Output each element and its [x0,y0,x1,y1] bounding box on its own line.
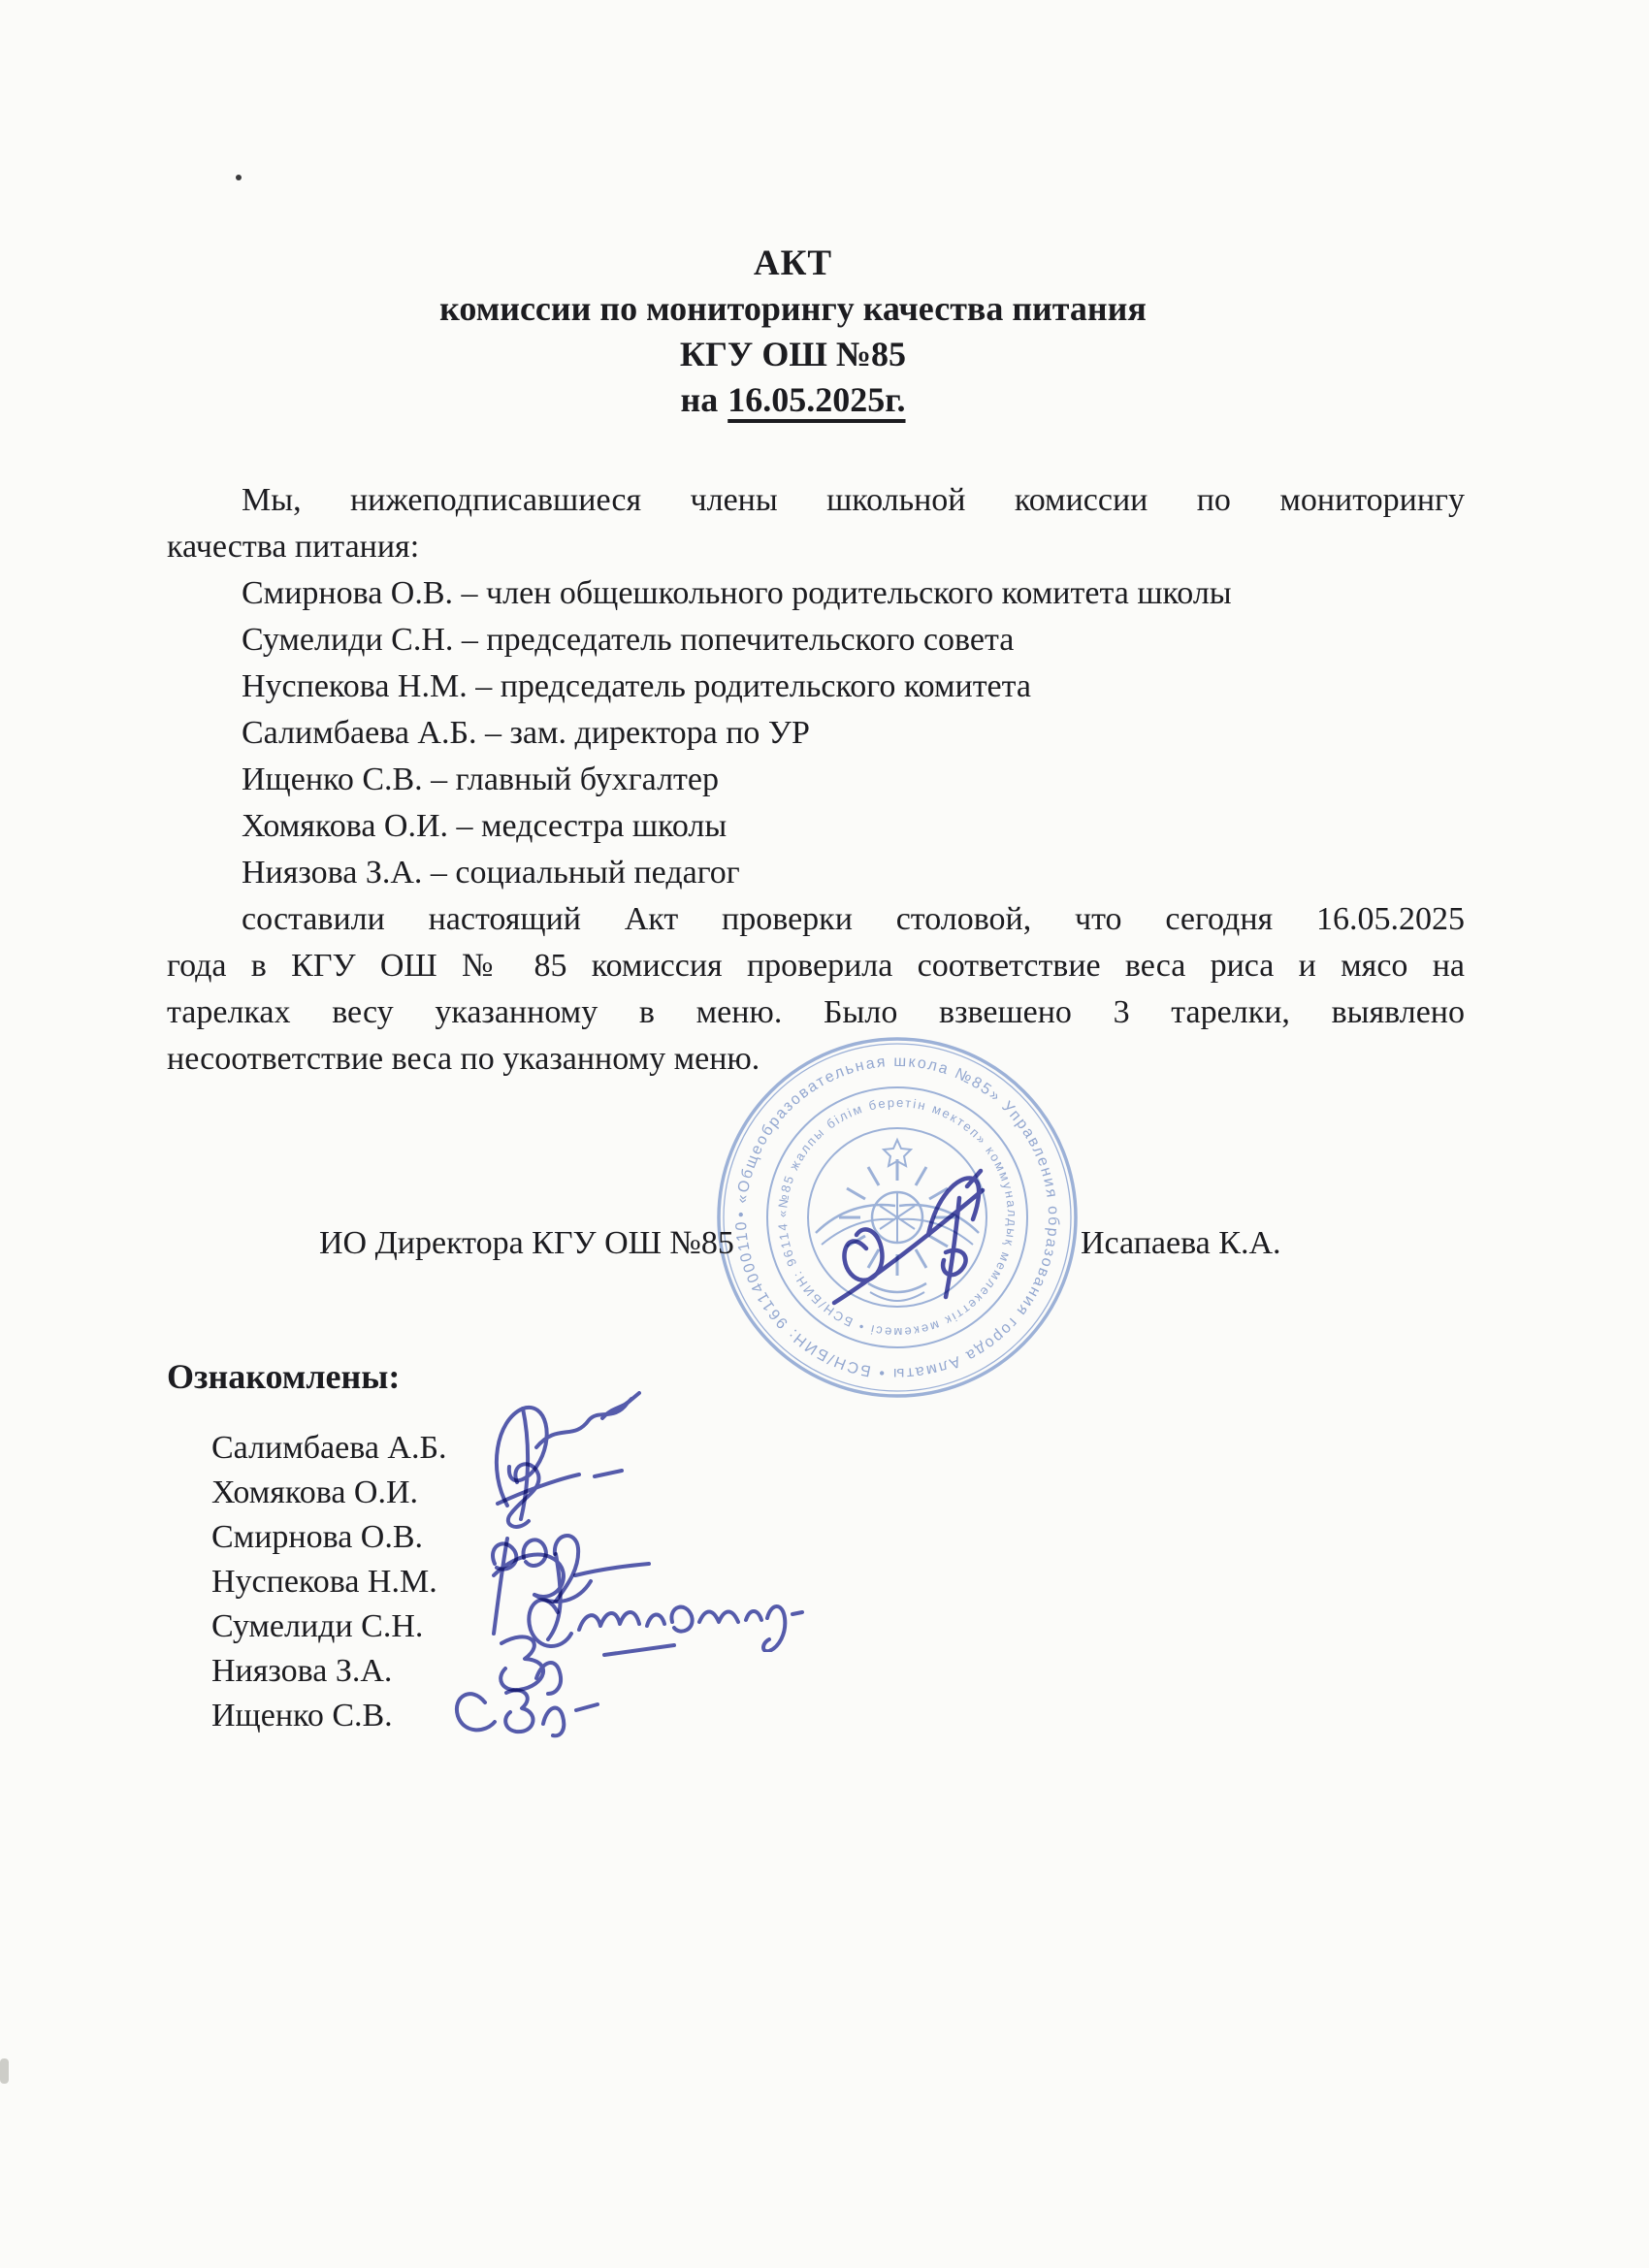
signatory-name: Хомякова О.И. [211,1471,447,1515]
conclusion-line: года в КГУ ОШ № 85 комиссия проверила со… [167,943,1465,989]
signatories-list: Салимбаева А.Б. Хомякова О.И. Смирнова О… [211,1426,447,1738]
signatory-name: Смирнова О.В. [211,1515,447,1560]
intro-line: Мы, нижеподписавшиеся члены школьной ком… [167,477,1465,524]
signatory-name: Салимбаева А.Б. [211,1426,447,1471]
member-line: Салимбаева А.Б. – зам. директора по УР [167,710,1465,757]
date-prefix: на [680,380,718,419]
member-line: Ниязова З.А. – социальный педагог [167,850,1465,896]
school-name: КГУ ОШ №85 [131,332,1455,377]
scan-artifact-smudge [0,2058,9,2084]
conclusion-line: составили настоящий Акт проверки столово… [167,896,1465,943]
document-subtitle: комиссии по мониторингу качества питания [131,286,1455,332]
intro-line: качества питания: [167,524,1465,570]
document-date: 16.05.2025г. [727,380,905,419]
document-date-line: на16.05.2025г. [131,377,1455,423]
member-line: Нуспекова Н.М. – председатель родительск… [167,664,1465,710]
scan-artifact-dot [236,175,242,180]
signature-ishchenko [446,1681,601,1739]
member-line: Ищенко С.В. – главный бухгалтер [167,757,1465,803]
acknowledged-heading: Ознакомлены: [167,1356,400,1397]
signatory-name: Сумелиди С.Н. [211,1604,447,1649]
document-title: АКТ [131,241,1455,286]
director-label: ИО Директора КГУ ОШ №85 [319,1224,734,1263]
document-header: АКТ комиссии по мониторингу качества пит… [131,241,1455,423]
signatory-name: Нуспекова Н.М. [211,1560,447,1604]
members-list: Смирнова О.В. – член общешкольного родит… [167,570,1465,896]
member-line: Сумелиди С.Н. – председатель попечительс… [167,617,1465,664]
intro-paragraph: Мы, нижеподписавшиеся члены школьной ком… [167,477,1465,570]
director-signature [820,1159,1004,1324]
member-line: Смирнова О.В. – член общешкольного родит… [167,570,1465,617]
director-name: Исапаева К.А. [1081,1224,1281,1263]
scanned-document-page: АКТ комиссии по мониторингу качества пит… [0,0,1649,2268]
signatory-name: Ищенко С.В. [211,1694,447,1738]
signatory-name: Ниязова З.А. [211,1649,447,1694]
member-line: Хомякова О.И. – медсестра школы [167,803,1465,850]
